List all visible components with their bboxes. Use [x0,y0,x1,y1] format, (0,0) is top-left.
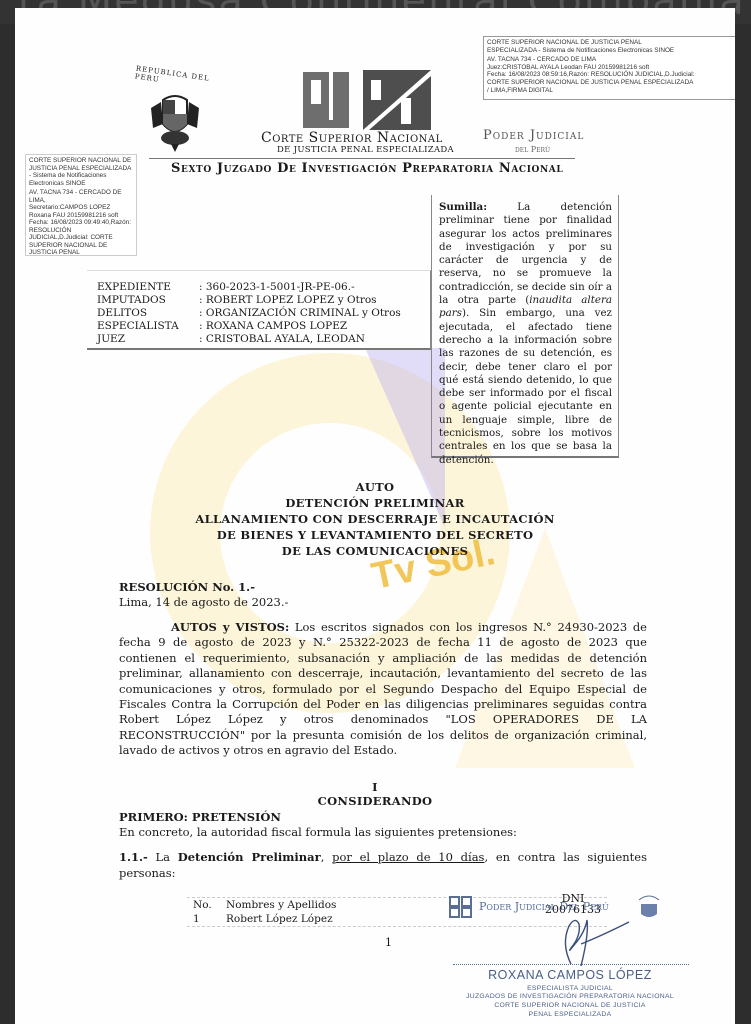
stamp-line: ESPECIALIZADA - Sistema de Notificacione… [487,47,735,55]
stamp-line: SUPERIOR NACIONAL DE [29,242,133,250]
pj-mini-logo-icon [449,896,473,918]
case-info-row: DELITOS: ORGANIZACIÓN CRIMINAL y Otros [97,307,401,319]
stamp-line: CORTE SUPERIOR NACIONAL DE JUSTICIA PENA… [487,79,735,87]
signature-org: Poder Judicial Del Perú [479,900,609,913]
case-info-value: : 360-2023-1-5001-JR-PE-06.- [199,281,355,293]
autos-vistos-paragraph: AUTOS y VISTOS: Los escritos signados co… [119,620,647,759]
digital-signature-stamp-judge: CORTE SUPERIOR NACIONAL DE JUSTICIA PENA… [483,36,735,100]
stamp-line: JUSTICIA PENAL ESPECIALIZADA [29,165,133,173]
table-cell-no: 1 [187,912,226,926]
sumilla-label: Sumilla: [439,201,487,213]
case-info-box: EXPEDIENTE: 360-2023-1-5001-JR-PE-06.- I… [87,270,431,350]
signature-stamp: Poder Judicial Del Perú ROXANA CAMPOS LÓ… [445,888,695,1018]
stamp-line: JUDICIAL,D.Judicial: CORTE [29,234,133,242]
stamp-line: Fecha: 16/08/2023 08:59:16,Razón: RESOLU… [487,71,735,79]
case-info-row: IMPUTADOS: ROBERT LOPEZ LOPEZ y Otros [97,294,377,306]
item-number: 1.1.- [119,850,148,864]
pjsn-logo-icon [303,68,433,130]
stamp-line: AV. TACNA 734 - CERCADO DE [29,189,133,197]
stamp-line: - Sistema de Notificaciones [29,172,133,180]
autos-vistos-text: Los escritos signados con los ingresos N… [119,620,647,757]
case-info-value: : ORGANIZACIÓN CRIMINAL y Otros [199,307,401,319]
document-page: Tv Sol. CORTE SUPERIOR NACIONAL DE JUSTI… [15,8,735,1024]
page-number: 1 [385,936,392,949]
case-info-label: JUEZ [97,333,199,345]
case-info-value: : ROBERT LOPEZ LOPEZ y Otros [199,294,377,306]
stamp-line: CORTE SUPERIOR NACIONAL DE [29,157,133,165]
item-1-1: 1.1.- La Detención Preliminar, por el pl… [119,849,647,881]
table-cell-name: Robert López López [226,913,333,925]
signer-title: ESPECIALISTA JUDICIAL [445,985,695,992]
resolution-number: RESOLUCIÓN No. 1.- [119,580,255,594]
resolution-date: Lima, 14 de agosto de 2023.- [119,595,288,609]
stamp-line: JUSTICIA PENAL [29,249,133,257]
doc-subtitle: DETENCIÓN PRELIMINAR [15,496,735,510]
section-roman-numeral: I [15,780,735,794]
case-info-label: IMPUTADOS [97,294,199,306]
stamp-line: RESOLUCIÓN [29,227,133,235]
sumilla-text: La detención preliminar tiene por finali… [439,201,612,306]
case-info-row: JUEZ: CRISTOBAL AYALA, LEODAN [97,333,365,345]
signer-court: CORTE SUPERIOR NACIONAL DE JUSTICIA [445,1002,695,1009]
doc-subtitle: ALLANAMIENTO CON DESCERRAJE E INCAUTACIÓ… [15,512,735,526]
signer-name: ROXANA CAMPOS LÓPEZ [445,968,695,982]
juzgado-title: Sexto Juzgado De Investigación Preparato… [171,161,563,176]
header-divider [149,158,575,159]
case-info-label: ESPECIALISTA [97,320,199,332]
case-info-value: : CRISTOBAL AYALA, LEODAN [199,333,365,345]
table-header-no: No. [187,898,226,912]
sumilla-box: Sumilla: La detención preliminar tiene p… [431,195,619,458]
stamp-line: Electronicas SINOE [29,180,133,188]
digital-signature-stamp-secretary: CORTE SUPERIOR NACIONAL DE JUSTICIA PENA… [25,154,137,256]
coat-of-arms-icon: REPUBLICA DEL PERU [135,70,215,160]
handwritten-signature-icon [541,914,631,969]
item-text: La [148,850,178,864]
court-subtitle: DE JUSTICIA PENAL ESPECIALIZADA [277,145,454,155]
sumilla-text: ). Sin embargo, una vez ejecutada, el af… [439,307,612,465]
stamp-line: Secretario:CAMPOS LOPEZ [29,204,133,212]
case-info-label: DELITOS [97,307,199,319]
item-bold: Detención Preliminar [178,850,321,864]
item-text: , [321,850,332,864]
stamp-line: AV. TACNA 734 - CERCADO DE LIMA [487,56,735,64]
table-header-name: Nombres y Apellidos [226,899,336,911]
case-info-value: : ROXANA CAMPOS LOPEZ [199,320,347,332]
doc-subtitle: DE LAS COMUNICACIONES [15,544,735,558]
doc-title: AUTO [15,480,735,494]
autos-vistos-lead: AUTOS y VISTOS: [171,620,289,634]
stamp-line: Roxana FAU 20159981216 soft [29,212,133,220]
case-info-label: EXPEDIENTE [97,281,199,293]
signer-court-2: PENAL ESPECIALIZADA [445,1011,695,1018]
poder-judicial-subtitle: del Perú [515,145,550,154]
court-title: Corte Superior Nacional [261,130,443,146]
case-info-row: EXPEDIENTE: 360-2023-1-5001-JR-PE-06.- [97,281,355,293]
stamp-line: CORTE SUPERIOR NACIONAL DE JUSTICIA PENA… [487,39,735,47]
item-underline: por el plazo de 10 días [332,850,484,864]
signature-dotted-line [453,964,689,965]
primero-intro: En concreto, la autoridad fiscal formula… [119,825,517,839]
stamp-line: LIMA, [29,197,133,205]
seal-icon [635,892,663,922]
poder-judicial-title: Poder Judicial [483,128,584,143]
primero-heading: PRIMERO: PRETENSIÓN [119,810,281,824]
stamp-line: / LIMA,FIRMA DIGITAL [487,87,735,95]
signer-office: JUZGADOS DE INVESTIGACIÓN PREPARATORIA N… [445,993,695,1000]
coat-arc-text: REPUBLICA DEL PERU [134,65,215,92]
section-heading: CONSIDERANDO [15,794,735,808]
case-info-row: ESPECIALISTA: ROXANA CAMPOS LOPEZ [97,320,347,332]
stamp-line: Fecha: 16/08/2023 09:49:40,Razón: [29,219,133,227]
doc-subtitle: DE BIENES Y LEVANTAMIENTO DEL SECRETO [15,528,735,542]
